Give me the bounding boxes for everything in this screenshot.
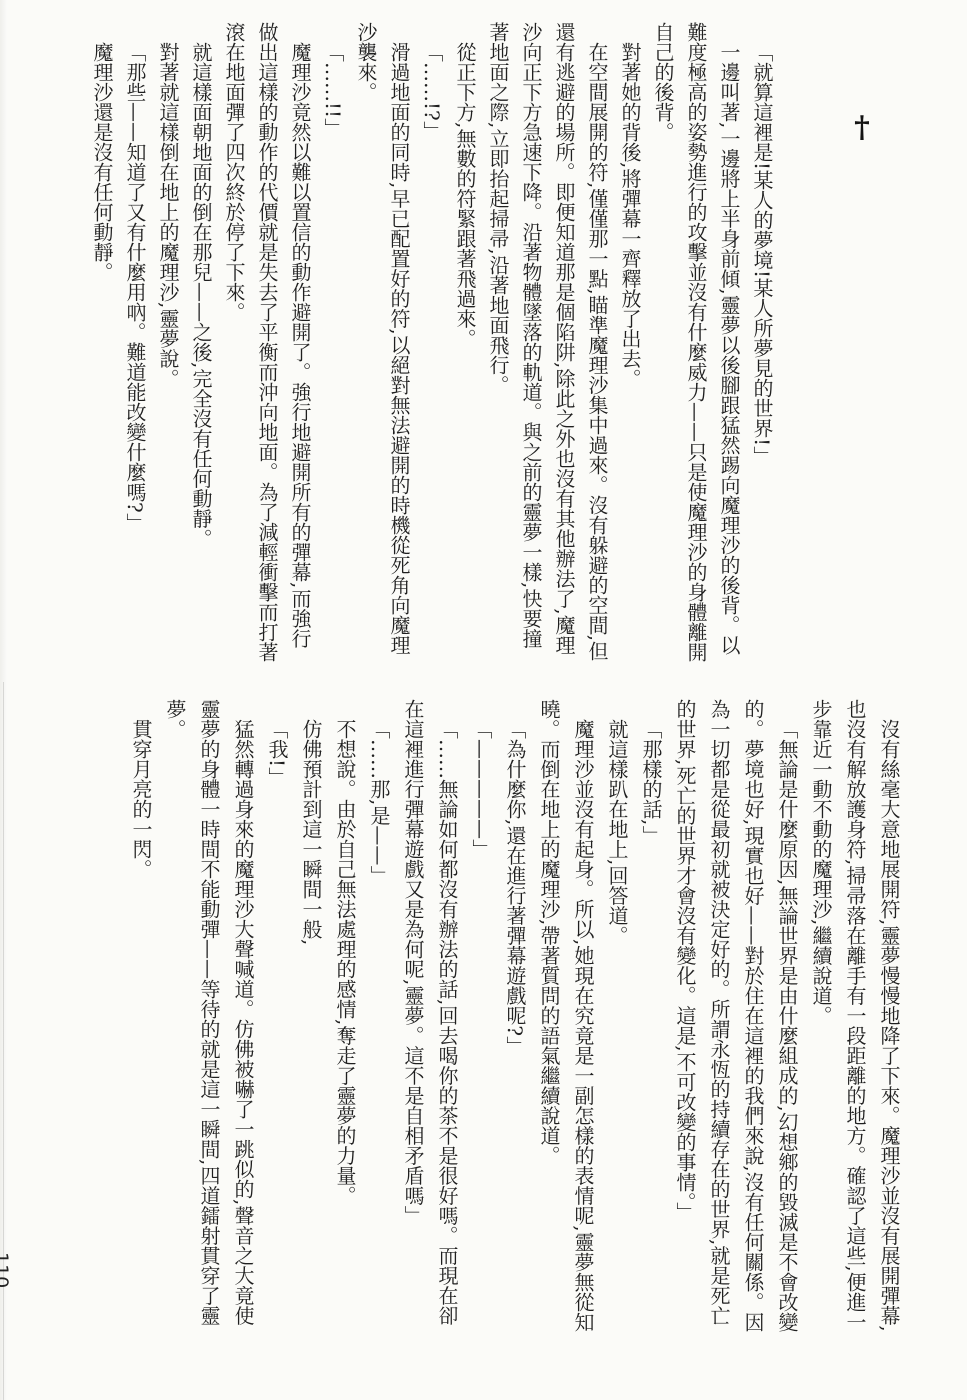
paragraph: 對著就這樣倒在地上的魔理沙,靈夢說。 <box>151 22 184 666</box>
paragraph: 「無論是什麼原因,無論世界是由什麼組成的,幻想鄉的毀滅是不會改變的。夢境也好,現… <box>668 699 804 1343</box>
text-block-top: 「就算這裡是!某人的夢境!某人所夢見的世界!」 一邊叫著,一邊將上半身前傾,靈夢… <box>85 22 778 666</box>
paragraph: 「……!?」 <box>415 22 448 666</box>
paragraph: 就這樣趴在地上,回答道。 <box>600 699 634 1343</box>
paragraph: 魔理沙竟然以難以置信的動作避開了。強行地避開所有的彈幕,而強行做出這樣的動作的代… <box>217 22 316 666</box>
paragraph: 魔理沙還是沒有任何動靜。 <box>85 22 118 666</box>
paragraph: 「我!」 <box>260 699 294 1343</box>
paragraph: 「為什麼你,還在進行著彈幕遊戲呢?」 <box>498 699 532 1343</box>
paragraph: 滑過地面的同時,早已配置好的符,以絕對無法避開的時機從死角向魔理沙襲來。 <box>349 22 415 666</box>
section-divider-dagger-icon: † <box>846 110 878 145</box>
paragraph: 貫穿月亮的一閃。 <box>124 699 158 1343</box>
paragraph: 對著她的背後,將彈幕一齊釋放了出去。 <box>613 22 646 666</box>
paragraph: 「就算這裡是!某人的夢境!某人所夢見的世界!」 <box>745 22 778 666</box>
paragraph: 就這樣面朝地面的倒在那兒——之後,完全沒有任何動靜。 <box>184 22 217 666</box>
paragraph: 「—————」 <box>464 699 498 1343</box>
paragraph: 魔理沙並沒有起身。所以,她現在究竟是一副怎樣的表情呢,靈夢無從知曉。而倒在地上的… <box>532 699 600 1343</box>
paragraph: 仿佛預計到這一瞬間一般, <box>294 699 328 1343</box>
paragraph: 「……那,是——」 <box>362 699 396 1343</box>
paragraph: 沒有絲毫大意地展開符,靈夢慢慢地降了下來。魔理沙並沒有展開彈幕,也沒有解放護身符… <box>804 699 906 1343</box>
scan-edge-line <box>3 682 4 1400</box>
text-block-bottom: 沒有絲毫大意地展開符,靈夢慢慢地降了下來。魔理沙並沒有展開彈幕,也沒有解放護身符… <box>124 699 906 1343</box>
paragraph: 「……無論如何都沒有辦法的話,回去喝你的茶不是很好嗎。而現在卻在這裡進行彈幕遊戲… <box>396 699 464 1343</box>
paragraph: 從正下方,無數的符緊跟著飛過來。 <box>448 22 481 666</box>
paragraph: 一邊叫著,一邊將上半身前傾,靈夢以後腳跟猛然踢向魔理沙的後背。以難度極高的姿勢進… <box>646 22 745 666</box>
paragraph: 「……!!」 <box>316 22 349 666</box>
book-page: † 「就算這裡是!某人的夢境!某人所夢見的世界!」 一邊叫著,一邊將上半身前傾,… <box>0 0 967 1400</box>
paragraph: 「那樣的話,」 <box>634 699 668 1343</box>
paragraph: 猛然轉過身來的魔理沙大聲喊道。仿佛被嚇了一跳似的,聲音之大竟使靈夢的身體一時間不… <box>158 699 260 1343</box>
paragraph: 「那些——知道了又有什麼用吶。難道能改變什麼嗎?」 <box>118 22 151 666</box>
paragraph: 不想說。由於自己無法處理的感情,奪走了靈夢的力量。 <box>328 699 362 1343</box>
paragraph: 在空間展開的符,僅僅那一點,瞄準魔理沙集中過來。沒有躲避的空間,但還有逃避的場所… <box>481 22 613 666</box>
